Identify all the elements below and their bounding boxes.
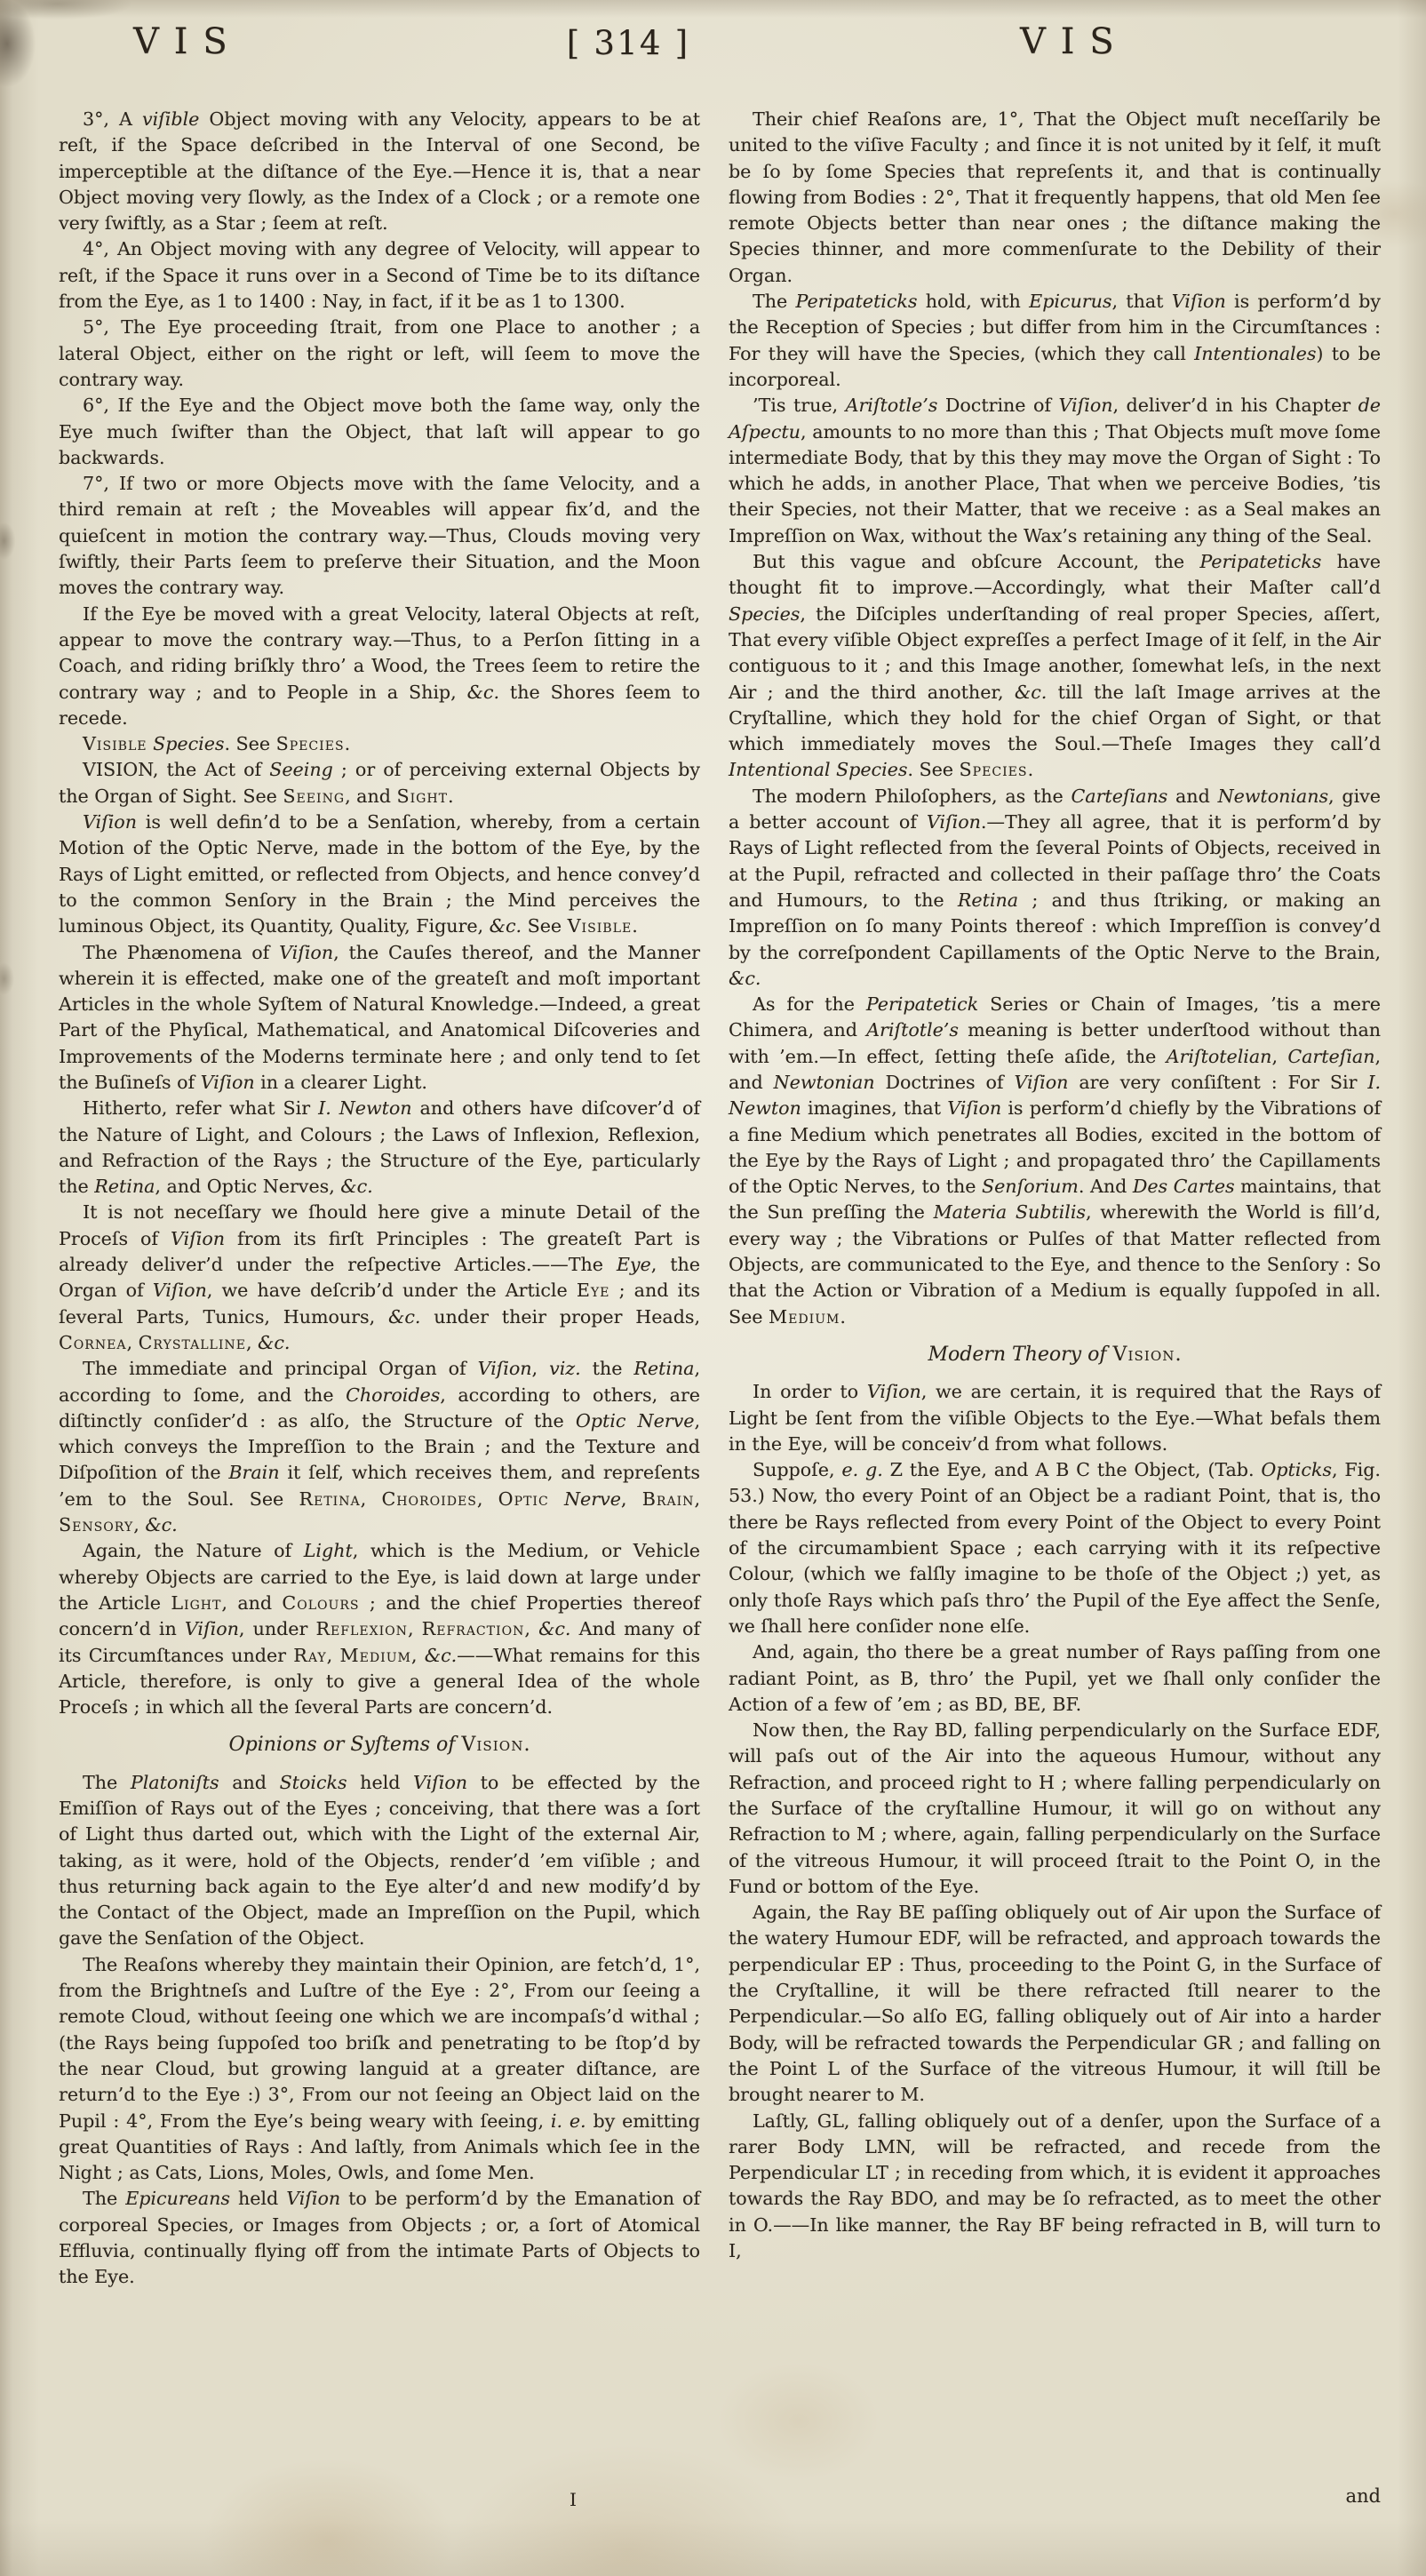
paragraph: Laſtly, GL, falling obliquely out of a d… (729, 2109, 1381, 2265)
paragraph: The immediate and principal Organ of Viſ… (59, 1356, 700, 1538)
paragraph: The modern Philoſophers, as the Carteſia… (729, 784, 1381, 992)
scanned-page: VIS [ 314 ] VIS 3°, A viſible Object mov… (0, 0, 1426, 2576)
running-title-right: VIS (1020, 21, 1129, 62)
text-column-left: 3°, A viſible Object moving with any Vel… (59, 107, 700, 2291)
paragraph: The Phænomena of Viſion, the Cauſes ther… (59, 940, 700, 1097)
paragraph: The Peripateticks hold, with Epicurus, t… (729, 289, 1381, 393)
paragraph: 4°, An Object moving with any degree of … (59, 236, 700, 315)
paragraph: Now then, the Ray BD, falling perpendicu… (729, 1718, 1381, 1900)
paragraph: 7°, If two or more Objects move with the… (59, 471, 700, 601)
paragraph: And, again, tho there be a great number … (729, 1639, 1381, 1718)
section-heading: Opinions or Syſtems of Vision. (59, 1732, 700, 1758)
paragraph: The Reaſons whereby they maintain their … (59, 1952, 700, 2187)
paragraph: It is not neceſſary we ſhould here give … (59, 1200, 700, 1356)
paragraph: Again, the Ray BE paſſing obliquely out … (729, 1900, 1381, 2108)
paragraph: The Epicureans held Viſion to be perform… (59, 2186, 700, 2290)
paragraph: The Platoniſts and Stoicks held Viſion t… (59, 1770, 700, 1952)
paragraph: Viſion is well defin’d to be a Senſation… (59, 809, 700, 939)
paragraph: Suppoſe, e. g. Z the Eye, and A B C the … (729, 1457, 1381, 1639)
page-number: [ 314 ] (544, 24, 713, 62)
paragraph: 6°, If the Eye and the Object move both … (59, 393, 700, 471)
paragraph: Hitherto, refer what Sir I. Newton and o… (59, 1096, 700, 1200)
paragraph: 3°, A viſible Object moving with any Vel… (59, 107, 700, 236)
paragraph: Their chief Reaſons are, 1°, That the Ob… (729, 107, 1381, 289)
paragraph: As for the Peripatetick Series or Chain … (729, 992, 1381, 1330)
catchword: and (1226, 2485, 1381, 2507)
running-title-left: VIS (133, 21, 243, 62)
text-column-right: Their chief Reaſons are, 1°, That the Ob… (729, 107, 1381, 2264)
paragraph: ’Tis true, Ariſtotle’s Doctrine of Viſio… (729, 393, 1381, 549)
paragraph: If the Eye be moved with a great Velocit… (59, 602, 700, 731)
section-heading: Modern Theory of Vision. (729, 1342, 1381, 1368)
paragraph: Visible Species. See Species. (59, 731, 700, 757)
paragraph: VISION, the Act of Seeing ; or of percei… (59, 757, 700, 809)
paragraph: But this vague and obſcure Account, the … (729, 549, 1381, 784)
signature-mark: I (570, 2489, 577, 2510)
paragraph: In order to Viſion, we are certain, it i… (729, 1379, 1381, 1457)
paragraph: Again, the Nature of Light, which is the… (59, 1538, 700, 1720)
paragraph: 5°, The Eye proceeding ſtrait, from one … (59, 315, 700, 393)
